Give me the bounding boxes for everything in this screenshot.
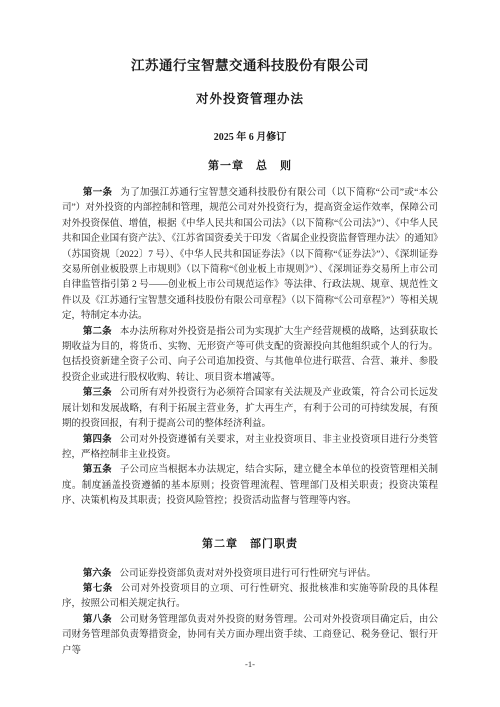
article-text-4: 公司对外投资遵循有关要求，对主业投资项目、非主业投资项目进行分类管控，严格控制非… [62, 435, 438, 460]
article-paragraph-2: 第二条本办法所称对外投资是指公司为实现扩大生产经营规模的战略，达到获取长期收益为… [62, 325, 438, 387]
article-paragraph-4: 第四条公司对外投资遵循有关要求，对主业投资项目、非主业投资项目进行分类管控，严格… [62, 433, 438, 464]
article-paragraph-1: 第一条为了加强江苏通行宝智慧交通科技股份有限公司（以下简称“公司”或“本公司”）… [62, 186, 438, 325]
document-page: 江苏通行宝智慧交通科技股份有限公司 对外投资管理办法 2025 年 6 月修订 … [0, 0, 500, 707]
article-label-4: 第四条 [83, 435, 112, 445]
article-text-2: 本办法所称对外投资是指公司为实现扩大生产经营规模的战略，达到获取长期收益为目的，… [62, 327, 438, 383]
article-text-7: 公司对外投资项目的立项、可行性研究、报批核准和实施等阶段的具体程序，按照公司相关… [62, 584, 438, 609]
article-label-6: 第六条 [83, 569, 112, 579]
article-label-1: 第一条 [83, 188, 112, 198]
document-title: 江苏通行宝智慧交通科技股份有限公司 [62, 54, 438, 74]
article-label-7: 第七条 [83, 584, 113, 594]
article-label-8: 第八条 [83, 615, 112, 625]
article-text-5: 子公司应当根据本办法规定，结合实际，建立健全本单位的投资管理相关制度。制度涵盖投… [62, 465, 438, 506]
article-label-2: 第二条 [83, 327, 112, 337]
article-paragraph-3: 第三条公司所有对外投资行为必须符合国家有关法规及产业政策，符合公司长远发展计划和… [62, 386, 438, 432]
article-label-5: 第五条 [83, 465, 112, 475]
article-paragraph-6: 第六条公司证券投资部负责对对外投资项目进行可行性研究与评估。 [62, 567, 438, 582]
revision-date: 2025 年 6 月修订 [62, 128, 438, 143]
article-paragraph-5: 第五条子公司应当根据本办法规定，结合实际，建立健全本单位的投资管理相关制度。制度… [62, 463, 438, 509]
document-subtitle: 对外投资管理办法 [62, 89, 438, 107]
article-text-1: 为了加强江苏通行宝智慧交通科技股份有限公司（以下简称“公司”或“本公司”）对外投… [62, 188, 438, 321]
article-label-3: 第三条 [83, 388, 112, 398]
article-text-8: 公司财务管理部负责对外投资的财务管理。公司对外投资项目确定后，由公司财务管理部负… [62, 615, 438, 656]
page-number: -1- [0, 659, 500, 669]
article-text-6: 公司证券投资部负责对对外投资项目进行可行性研究与评估。 [119, 569, 376, 579]
article-paragraph-7: 第七条公司对外投资项目的立项、可行性研究、报批核准和实施等阶段的具体程序，按照公… [62, 582, 438, 613]
chapter-2-heading: 第二章 部门职责 [62, 535, 438, 551]
article-paragraph-8: 第八条公司财务管理部负责对外投资的财务管理。公司对外投资项目确定后，由公司财务管… [62, 613, 438, 659]
article-text-3: 公司所有对外投资行为必须符合国家有关法规及产业政策，符合公司长远发展计划和发展战… [62, 388, 438, 429]
chapter-1-heading: 第一章 总 则 [62, 157, 438, 173]
